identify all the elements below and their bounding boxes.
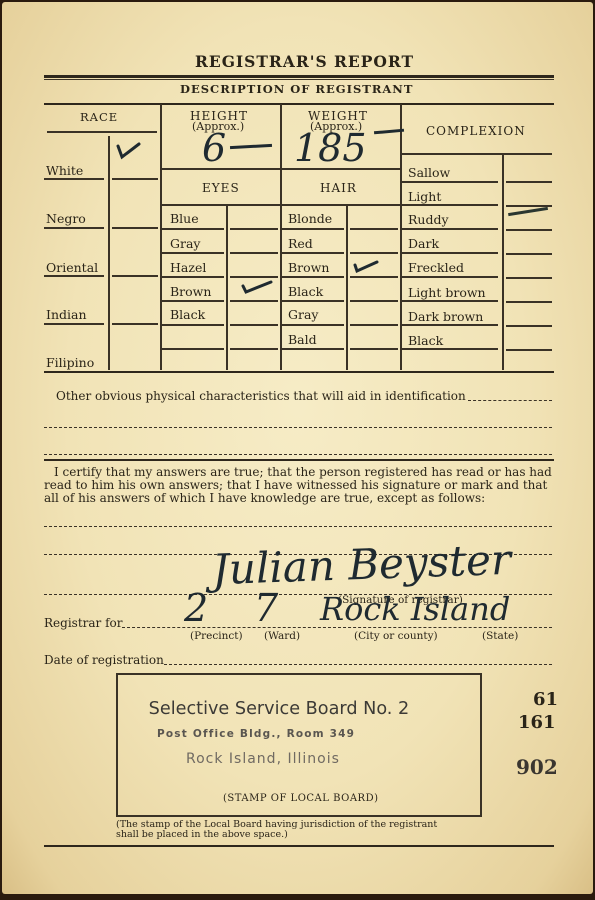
hair-option-red: Red [288,238,313,251]
hair-brown-checkmark-icon [352,257,380,275]
hair-option-gray: Gray [288,309,318,322]
eyes-option-black: Black [170,309,205,322]
complexion-option-dark: Dark [408,238,439,251]
grid-v [160,104,162,370]
height-value: 6 [202,126,226,170]
grid-v [346,205,348,370]
height-weight-rule [162,168,400,170]
serial-number-3: 902 [516,757,558,777]
precinct-value: 2 [184,586,208,630]
race-option-filipino: Filipino [46,357,94,370]
hair-header: HAIR [320,182,357,194]
form-title: REGISTRAR'S REPORT [195,54,414,70]
title-rule [44,75,554,78]
complexion-option-sallow: Sallow [408,167,450,180]
hair-option-blonde: Blonde [288,213,332,226]
grid-v [502,154,504,370]
race-header: RACE [80,112,118,124]
date-of-registration-label: Date of registration [44,654,164,666]
eyes-option-gray: Gray [170,238,200,251]
hair-option-black: Black [288,286,323,299]
race-option-indian: Indian [46,309,87,322]
state-caption: (State) [482,631,518,642]
complexion-option-light: Light [408,191,441,204]
serial-number-1: 61 [533,691,558,709]
eyes-brown-checkmark-icon [240,278,274,296]
race-white-checkmark-icon [115,140,141,162]
table-top-rule [44,103,554,105]
eyes-hair-rule [162,204,400,206]
serial-number-2: 161 [518,714,556,732]
complexion-ruddy-mark-icon [508,207,548,216]
other-characteristics-field[interactable] [468,400,552,401]
date-of-registration-field[interactable] [164,664,552,665]
height-dash [230,144,272,149]
stamp-note-line-2: shall be placed in the above space.) [116,830,288,840]
hair-option-bald: Bald [288,334,317,347]
stamp-line-1: Selective Service Board No. 2 [149,698,410,719]
race-option-white: White [46,165,83,178]
grid-v [280,104,282,370]
form-subtitle: DESCRIPTION OF REGISTRANT [180,84,413,96]
eyes-option-hazel: Hazel [170,262,206,275]
complexion-option-dark-brown: Dark brown [408,311,483,324]
stamp-caption: (STAMP OF LOCAL BOARD) [223,794,379,804]
bottom-rule [44,845,554,847]
complexion-option-freckled: Freckled [408,262,464,275]
eyes-option-blue: Blue [170,213,199,226]
weight-value: 185 [294,126,367,170]
city-caption: (City or county) [354,631,438,642]
precinct-caption: (Precinct) [190,631,243,642]
grid-v [400,104,402,370]
complexion-option-light-brown: Light brown [408,287,486,300]
eyes-option-brown: Brown [170,286,211,299]
other-characteristics-field-3[interactable] [44,454,552,455]
table-bottom-rule [44,371,554,373]
grid-v [108,136,110,370]
race-option-oriental: Oriental [46,262,98,275]
complexion-header-rule [402,153,552,155]
other-characteristics-label: Other obvious physical characteristics t… [56,390,466,402]
complexion-option-ruddy: Ruddy [408,214,449,227]
title-rule-thin [44,79,554,80]
stamp-line-3: Rock Island, Illinois [186,751,340,767]
ward-caption: (Ward) [264,631,300,642]
race-option-negro: Negro [46,213,86,226]
race-header-rule [47,131,157,133]
city-value: Rock Island [320,590,510,628]
complexion-header: COMPLEXION [426,125,526,137]
stamp-line-2: Post Office Bldg., Room 349 [157,728,355,740]
other-characteristics-field-2[interactable] [44,427,552,428]
certify-line-2: read to him his own answers; that I have… [44,479,547,491]
certify-line-1: I certify that my answers are true; that… [54,466,552,478]
registrar-for-label: Registrar for [44,617,122,629]
exceptions-field[interactable] [44,526,552,527]
certify-line-3: all of his answers of which I have knowl… [44,492,485,504]
eyes-header: EYES [202,182,240,194]
grid-v [226,205,228,370]
complexion-option-black: Black [408,335,443,348]
hair-option-brown: Brown [288,262,329,275]
ward-value: 7 [254,586,278,630]
registration-card: REGISTRAR'S REPORT DESCRIPTION OF REGIST… [2,2,593,894]
certify-top-rule [44,459,554,461]
